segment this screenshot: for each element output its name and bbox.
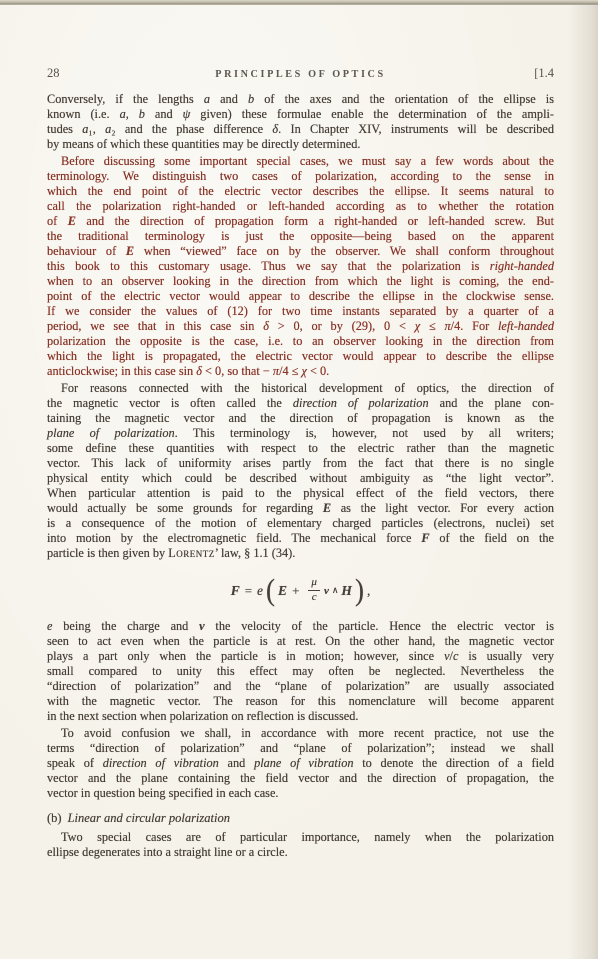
text-line: plane of polarization. This terminology … — [47, 426, 554, 441]
text-line: plays a part only when the particle is i… — [47, 649, 554, 664]
text-line: Two special cases are of particular impo… — [47, 830, 554, 845]
formula-v: v — [324, 585, 329, 597]
formula-comma: , — [367, 583, 370, 599]
section-subheading: (b)Linear and circular polarization — [47, 811, 554, 826]
formula-plus: + — [292, 583, 299, 599]
text-line: If we consider the values of (12) for tw… — [47, 304, 554, 319]
text-line: in the next section when polarization on… — [47, 709, 554, 724]
text-line: which the light is propagated, the elect… — [47, 349, 554, 364]
text-line: e being the charge and v the velocity of… — [47, 619, 554, 634]
text-line: “direction of polarization” and the “pla… — [47, 679, 554, 694]
lorentz-force-equation: F = e ( E + μ c v ∧ H ) , — [47, 574, 554, 607]
text-line: Before discussing some important special… — [47, 154, 554, 169]
paragraph-terminology: Before discussing some important special… — [47, 154, 554, 379]
running-title: PRINCIPLES OF OPTICS — [117, 69, 484, 80]
formula-E: E — [278, 583, 287, 599]
formula-fraction-mu-over-c: μ c — [308, 577, 320, 603]
text-line: by means of which these quantities may b… — [47, 137, 554, 152]
paragraph-conversely: Conversely, if the lengths a and b of th… — [47, 92, 554, 152]
text-line: behaviour of E when “viewed” face on by … — [47, 244, 554, 259]
text-line: the magnetic vector is often called the … — [47, 396, 554, 411]
text-line: speak of direction of vibration and plan… — [47, 756, 554, 771]
text-line: taining the magnetic vector and the dire… — [47, 411, 554, 426]
paragraph-direction-of-polarization: For reasons connected with the historica… — [47, 381, 554, 561]
text-line: period, we see that in this case sin δ >… — [47, 319, 554, 334]
text-line: anticlockwise; in this case sin δ < 0, s… — [47, 364, 554, 379]
page-content: 28 PRINCIPLES OF OPTICS [1.4 Conversely,… — [47, 66, 554, 860]
paragraph-two-special-cases: Two special cases are of particular impo… — [47, 830, 554, 860]
text-line: seen to act even when the particle is at… — [47, 634, 554, 649]
subheading-label: (b) — [47, 811, 62, 825]
text-line: point of the electric vector would appea… — [47, 289, 554, 304]
text-line: which the end point of the electric vect… — [47, 184, 554, 199]
text-line: particle is then given by Lorentz’ law, … — [47, 546, 554, 561]
text-line: When particular attention is paid to the… — [47, 486, 554, 501]
text-line: some define these quantities with respec… — [47, 441, 554, 456]
text-line: physical entity which could be described… — [47, 471, 554, 486]
formula-equals: = — [245, 583, 252, 599]
text-line: vector. This lack of uniformity arises p… — [47, 456, 554, 471]
formula-c: c — [312, 591, 317, 604]
book-page: 28 PRINCIPLES OF OPTICS [1.4 Conversely,… — [0, 0, 598, 959]
text-line: call the polarization right-handed or le… — [47, 199, 554, 214]
formula-left-paren: ( — [266, 575, 275, 605]
text-line: vector in question being specified in ea… — [47, 786, 554, 801]
text-line: polarization the opposite is the case, i… — [47, 334, 554, 349]
section-reference: [1.4 — [484, 66, 554, 81]
text-line: would actually be some grounds for regar… — [47, 501, 554, 516]
page-number: 28 — [47, 66, 117, 81]
text-line: into motion by the electromagnetic field… — [47, 531, 554, 546]
formula-charge-e: e — [257, 583, 263, 599]
paragraph-avoid-confusion: To avoid confusion we shall, in accordan… — [47, 726, 554, 801]
paragraph-charge-velocity: e being the charge and v the velocity of… — [47, 619, 554, 724]
text-line: tudes a₁, a₂ and the phase difference δ.… — [47, 122, 554, 137]
text-line: with the magnetic vector. The reason for… — [47, 694, 554, 709]
text-line: vector and the plane containing the fiel… — [47, 771, 554, 786]
formula-H: H — [341, 583, 352, 599]
subheading-title: Linear and circular polarization — [68, 811, 230, 825]
text-line: small compared to unity this effect may … — [47, 664, 554, 679]
text-line: terminology. We distinguish two cases of… — [47, 169, 554, 184]
text-line: of E and the direction of propagation fo… — [47, 214, 554, 229]
text-line: To avoid confusion we shall, in accordan… — [47, 726, 554, 741]
text-line: is a consequence of the motion of elemen… — [47, 516, 554, 531]
text-line: known (i.e. a, b and ψ given) these form… — [47, 107, 554, 122]
text-line: ellipse degenerates into a straight line… — [47, 845, 554, 860]
formula-F: F — [231, 583, 240, 599]
formula-wedge-operator: ∧ — [332, 586, 339, 596]
text-line: this book to this customary usage. Thus … — [47, 259, 554, 274]
text-line: Conversely, if the lengths a and b of th… — [47, 92, 554, 107]
text-line: terms “direction of polarization” and “p… — [47, 741, 554, 756]
text-line: For reasons connected with the historica… — [47, 381, 554, 396]
page-header: 28 PRINCIPLES OF OPTICS [1.4 — [47, 66, 554, 81]
text-line: when to an observer looking in the direc… — [47, 274, 554, 289]
scan-top-edge — [0, 0, 598, 5]
text-line: the traditional terminology is just the … — [47, 229, 554, 244]
formula-right-paren: ) — [355, 575, 364, 605]
formula-mu: μ — [308, 577, 320, 591]
